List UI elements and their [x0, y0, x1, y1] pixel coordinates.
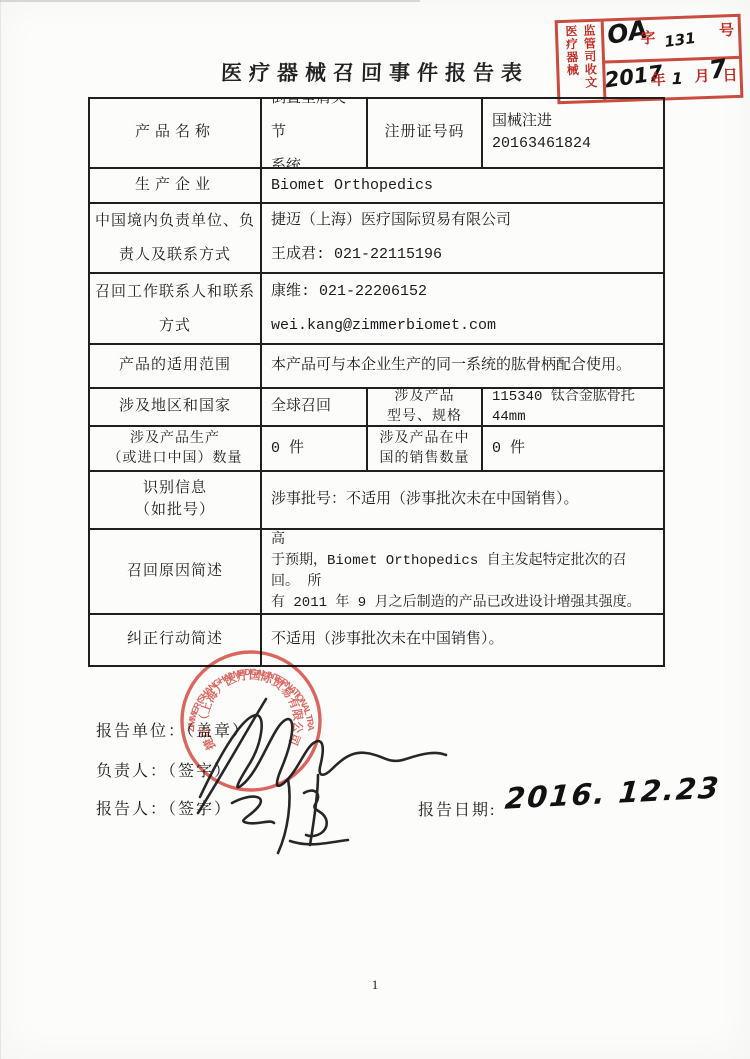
table-row-regions: 涉及地区和国家 全球召回 涉及产品 型号、规格 115340 钛合金肱骨托 44…: [90, 389, 663, 427]
label-identification: 识别信息 （如批号）: [90, 472, 262, 528]
label-models-specs: 涉及产品 型号、规格: [368, 389, 483, 425]
value-regions: 全球召回: [262, 389, 368, 425]
reporter-signature-stroke1: [232, 797, 274, 824]
label-recall-contact: 召回工作联系人和联系 方式: [90, 274, 262, 343]
scan-edge-top: [0, 0, 420, 2]
value-recall-reason: 由于在 2011 年 9 月之前制造的钛合金肱骨托压裂率可能高 于预期，Biom…: [262, 530, 663, 613]
value-china-agent: 捷迈（上海）医疗国际贸易有限公司 王成君: 021-22115196: [262, 204, 663, 272]
label-china-agent: 中国境内负责单位、负 责人及联系方式: [90, 204, 262, 272]
value-registration-number: 国械注进 20163461824: [483, 99, 663, 167]
scanned-report-page: 医疗器械 监管司收文 OA 字 131 号 2017 年 1 月 7 日 医疗器…: [0, 0, 750, 1059]
handwritten-doc-number: 131: [663, 29, 697, 51]
handwritten-report-date: 2016. 12.23: [504, 770, 722, 815]
label-production-quantity: 涉及产品生产 （或进口中国）数量: [90, 427, 262, 470]
reporter-label: 报告人：（签字）: [96, 796, 232, 819]
value-identification: 涉事批号：不适用（涉事批次未在中国销售）。: [262, 472, 663, 528]
label-registration-number: 注册证号码: [368, 99, 483, 167]
report-unit-label: 报告单位：（盖章）: [96, 718, 250, 741]
value-manufacturer: Biomet Orthopedics: [262, 169, 663, 202]
value-scope-of-use: 本产品可与本企业生产的同一系统的肱骨柄配合使用。: [262, 345, 663, 387]
page-number: 1: [0, 977, 750, 993]
value-models-specs: 115340 钛合金肱骨托 44mm: [483, 389, 663, 425]
label-recall-reason: 召回原因简述: [90, 530, 262, 613]
table-row-scope-of-use: 产品的适用范围 本产品可与本企业生产的同一系统的肱骨柄配合使用。: [90, 345, 663, 389]
reporter-signature-stroke2: [278, 779, 290, 853]
recall-report-table: 产品名称 倒置型肩关节 系统 注册证号码 国械注进 20163461824 生产…: [88, 97, 665, 667]
label-scope-of-use: 产品的适用范围: [90, 345, 262, 387]
reporter-signature-underline: [290, 840, 348, 844]
table-row-recall-reason: 召回原因简述 由于在 2011 年 9 月之前制造的钛合金肱骨托压裂率可能高 于…: [90, 530, 663, 615]
value-product-name: 倒置型肩关节 系统: [262, 99, 368, 167]
report-date-label: 报告日期:: [418, 797, 496, 820]
responsible-person-label: 负责人：（签字）: [96, 758, 232, 781]
scan-edge-left: [0, 0, 1, 1059]
table-row-identification: 识别信息 （如批号） 涉事批号：不适用（涉事批次未在中国销售）。: [90, 472, 663, 530]
label-product-name: 产品名称: [90, 99, 262, 167]
value-china-sales-quantity: 0 件: [483, 427, 663, 470]
document-title: 医疗器械召回事件报告表: [0, 57, 750, 87]
value-production-quantity: 0 件: [262, 427, 368, 470]
label-manufacturer: 生产企业: [90, 169, 262, 202]
stamp-char-zi: 字: [640, 27, 656, 49]
value-recall-contact: 康维: 021-22206152 wei.kang@zimmerbiomet.c…: [262, 274, 663, 343]
table-row-quantities: 涉及产品生产 （或进口中国）数量 0 件 涉及产品在中 国的销售数量 0 件: [90, 427, 663, 472]
label-china-sales-quantity: 涉及产品在中 国的销售数量: [368, 427, 483, 470]
table-row-product-name: 产品名称 倒置型肩关节 系统 注册证号码 国械注进 20163461824: [90, 99, 663, 169]
table-row-manufacturer: 生产企业 Biomet Orthopedics: [90, 169, 663, 204]
stamp-char-hao: 号: [719, 19, 735, 41]
table-row-china-agent: 中国境内负责单位、负 责人及联系方式 捷迈（上海）医疗国际贸易有限公司 王成君:…: [90, 204, 663, 274]
table-row-recall-contact: 召回工作联系人和联系 方式 康维: 021-22206152 wei.kang@…: [90, 274, 663, 345]
label-regions: 涉及地区和国家: [90, 389, 262, 425]
